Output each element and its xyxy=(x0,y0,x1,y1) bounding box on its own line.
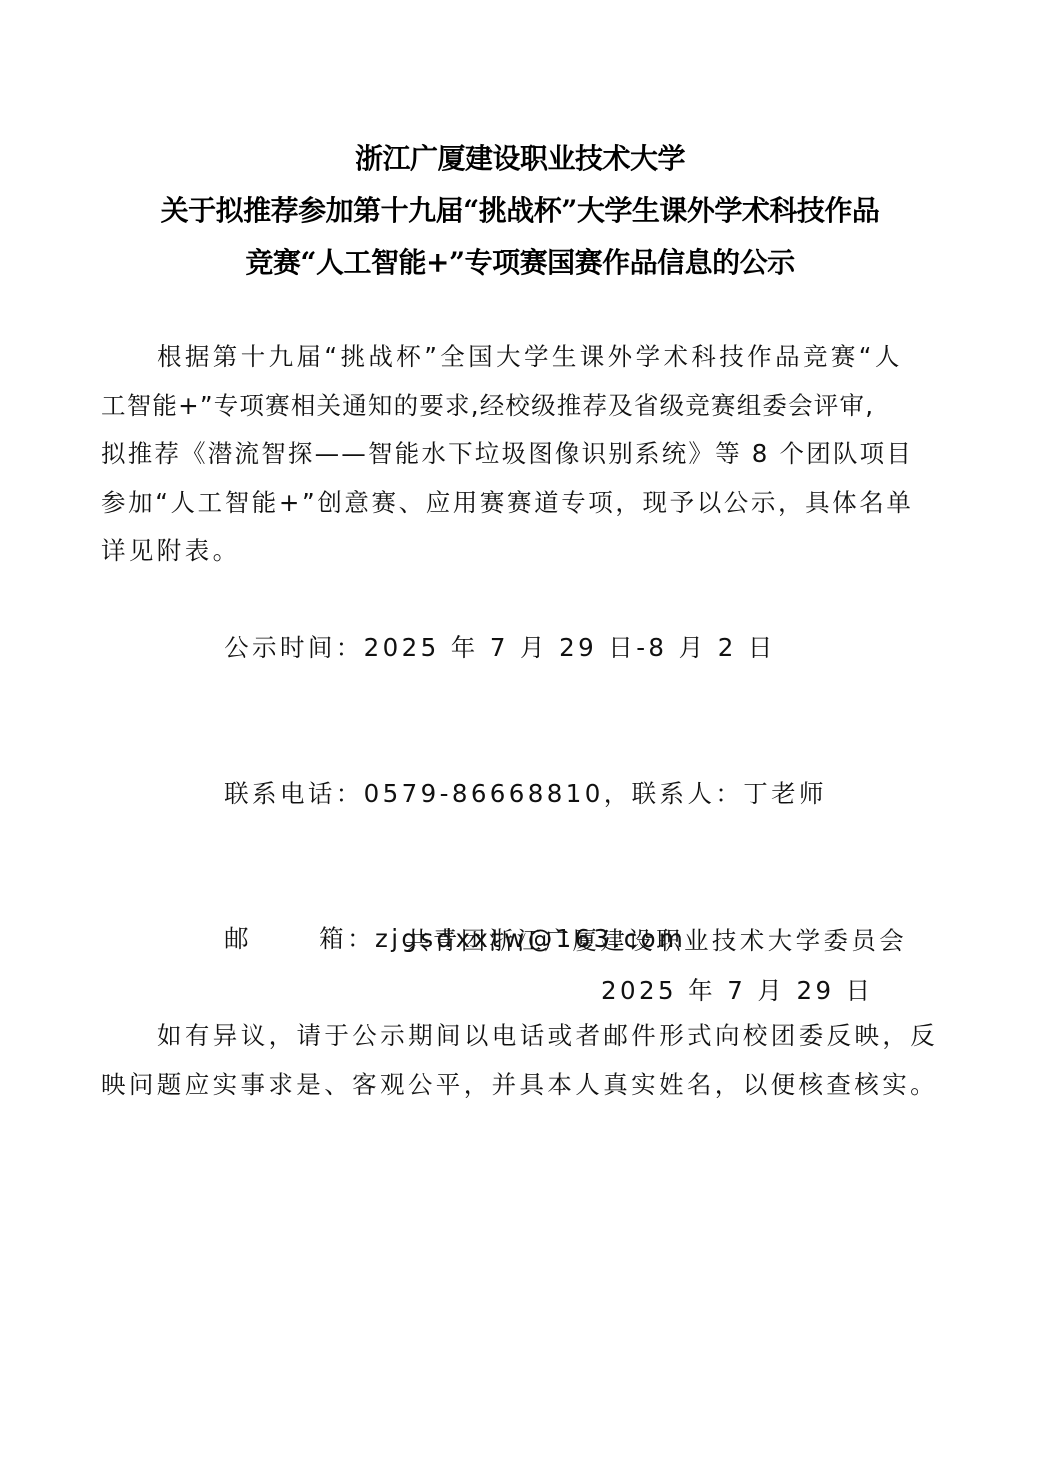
paragraph-line: 映问题应实事求是、客观公平，并具本人真实姓名，以便核查核实。 xyxy=(101,1061,943,1110)
paragraph-line: 工智能+”专项赛相关通知的要求,经校级推荐及省级竞赛组委会评审, xyxy=(101,382,943,431)
signature-date: 2025 年 7 月 29 日 xyxy=(405,966,907,1016)
paragraph-line: 详见附表。 xyxy=(101,527,943,576)
notice-period-value: 2025 年 7 月 29 日-8 月 2 日 xyxy=(364,633,776,662)
paragraph-line: 根据第十九届“挑战杯”全国大学生课外学术科技作品竞赛“人 xyxy=(101,333,943,382)
paragraph-line: 如有异议，请于公示期间以电话或者邮件形式向校团委反映，反 xyxy=(101,1012,943,1061)
title-line-university: 浙江广厦建设职业技术大学 xyxy=(0,133,1040,185)
phone-label: 联系电话： xyxy=(224,779,364,808)
contact-line: 联系电话：0579-86668810，联系人：丁老师 xyxy=(101,721,943,867)
contact-person-label: 联系人： xyxy=(632,779,744,808)
objection-paragraph: 如有异议，请于公示期间以电话或者邮件形式向校团委反映，反 映问题应实事求是、客观… xyxy=(101,1012,943,1109)
title-line-subject: 关于拟推荐参加第十九届“挑战杯”大学生课外学术科技作品 xyxy=(0,185,1040,237)
notice-period-line: 公示时间：2025 年 7 月 29 日-8 月 2 日 xyxy=(101,576,943,722)
contact-person: 丁老师 xyxy=(743,779,827,808)
phone-number: 0579-86668810， xyxy=(364,779,632,808)
document-title: 浙江广厦建设职业技术大学 关于拟推荐参加第十九届“挑战杯”大学生课外学术科技作品… xyxy=(0,133,1040,289)
title-line-competition: 竞赛“人工智能+”专项赛国赛作品信息的公示 xyxy=(0,237,1040,289)
signature-block: 共青团浙江广厦建设职业技术大学委员会 2025 年 7 月 29 日 xyxy=(405,916,907,1016)
paragraph-line: 拟推荐《潜流智探——智能水下垃圾图像识别系统》等 8 个团队项目 xyxy=(101,430,943,479)
paragraph-line: 参加“人工智能+”创意赛、应用赛赛道专项，现予以公示，具体名单 xyxy=(101,479,943,528)
signature-organization: 共青团浙江广厦建设职业技术大学委员会 xyxy=(405,916,907,966)
email-label: 邮 箱： xyxy=(224,924,375,953)
document-page: 浙江广厦建设职业技术大学 关于拟推荐参加第十九届“挑战杯”大学生课外学术科技作品… xyxy=(0,0,1040,1470)
notice-period-label: 公示时间： xyxy=(224,633,364,662)
intro-paragraph: 根据第十九届“挑战杯”全国大学生课外学术科技作品竞赛“人 工智能+”专项赛相关通… xyxy=(101,333,943,576)
